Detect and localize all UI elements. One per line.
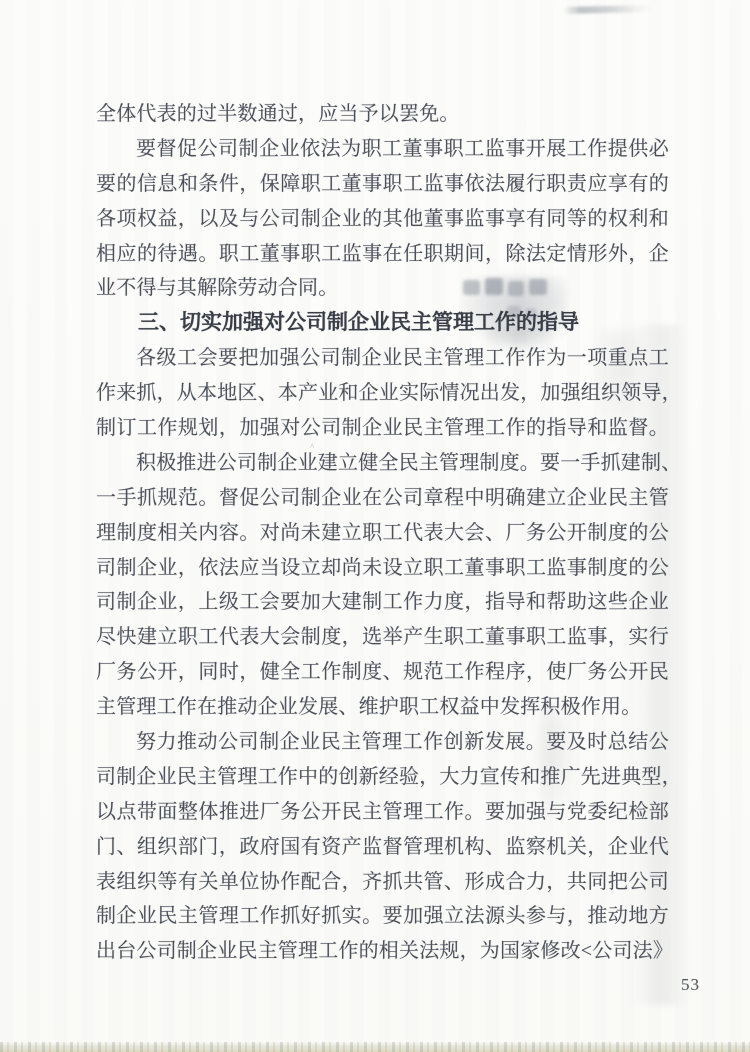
text-line: 司制企业，依法应当设立却尚未设立职工董事职工监事制度的公: [96, 551, 669, 586]
text-line: 制企业民主管理工作抓好抓实。要加强立法源头参与，推动地方: [96, 899, 669, 934]
text-line: 要的信息和条件，保障职工董事职工监事依法履行职责应享有的: [96, 167, 669, 202]
text-line: 一手抓规范。督促公司制企业在公司章程中明确建立企业民主管: [96, 481, 669, 516]
text-line: 司制企业民主管理工作中的创新经验，大力宣传和推广先进典型，: [96, 760, 669, 795]
text-line: 表组织等有关单位协作配合，齐抓共管、形成合力，共同把公司: [96, 865, 669, 900]
text-line: 出台公司制企业民主管理工作的相关法规，为国家修改<公司法》: [96, 934, 669, 969]
scanned-document-page: ^ 全体代表的过半数通过，应当予以罢免。要督促公司制企业依法为职工董事职工监事开…: [0, 0, 750, 1052]
text-line: 司制企业，上级工会要加大建制工作力度，指导和帮助这些企业: [96, 585, 669, 620]
text-line: 相应的待遇。职工董事职工监事在任职期间，除法定情形外，企: [96, 237, 669, 272]
text-line: 各级工会要把加强公司制企业民主管理工作作为一项重点工: [96, 341, 669, 376]
document-text-column: 全体代表的过半数通过，应当予以罢免。要督促公司制企业依法为职工董事职工监事开展工…: [96, 97, 669, 969]
text-line: 主管理工作在推动企业发展、维护职工权益中发挥积极作用。: [96, 690, 669, 725]
text-line: 业不得与其解除劳动合同。: [96, 271, 669, 306]
text-line: 制订工作规划，加强对公司制企业民主管理工作的指导和监督。: [96, 411, 669, 446]
text-line: 理制度相关内容。对尚未建立职工代表大会、厂务公开制度的公: [96, 516, 669, 551]
text-line: 各项权益，以及与公司制企业的其他董事监事享有同等的权利和: [96, 202, 669, 237]
page-number: 53: [681, 975, 700, 995]
text-line: 全体代表的过半数通过，应当予以罢免。: [96, 97, 669, 132]
text-line: 作来抓，从本地区、本产业和企业实际情况出发，加强组织领导，: [96, 376, 669, 411]
bottom-scan-edge: [0, 1042, 750, 1052]
text-line: 要督促公司制企业依法为职工董事职工监事开展工作提供必: [96, 132, 669, 167]
text-line: 厂务公开，同时，健全工作制度、规范工作程序，使厂务公开民: [96, 655, 669, 690]
text-line: 以点带面整体推进厂务公开民主管理工作。要加强与党委纪检部: [96, 795, 669, 830]
section-heading: 三、切实加强对公司制企业民主管理工作的指导: [96, 306, 669, 341]
text-line: 尽快建立职工代表大会制度，选举产生职工董事职工监事，实行: [96, 620, 669, 655]
text-line: 门、组织部门，政府国有资产监督管理机构、监察机关，企业代: [96, 830, 669, 865]
top-edge-smudge-artifact: [563, 5, 651, 14]
text-line: 积极推进公司制企业建立健全民主管理制度。要一手抓建制、: [96, 446, 669, 481]
text-line: 努力推动公司制企业民主管理工作创新发展。要及时总结公: [96, 725, 669, 760]
